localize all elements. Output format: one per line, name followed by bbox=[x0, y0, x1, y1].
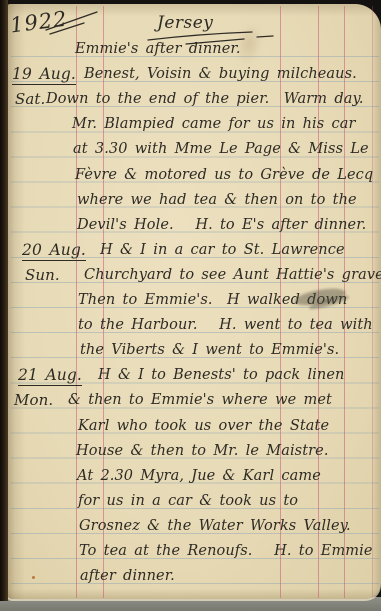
entry-day: Sat. bbox=[15, 89, 45, 109]
entry-date: 20 Aug. bbox=[22, 240, 86, 261]
diary-line: & then to Emmie's where we met bbox=[68, 390, 332, 410]
diary-line: Down to the end of the pier. Warm day. bbox=[46, 89, 364, 109]
diary-line: for us in a car & took us to bbox=[78, 491, 298, 511]
diary-line: H & I in a car to St. Lawrence bbox=[100, 240, 345, 260]
diary-line: after dinner. bbox=[80, 566, 175, 586]
entry-day: Sun. bbox=[25, 265, 60, 285]
diary-line: At 2.30 Myra, Jue & Karl came bbox=[77, 466, 321, 486]
diary-line: To tea at the Renoufs. H. to Emmie bbox=[79, 541, 373, 561]
handwriting-layer: 1922 Jersey Emmie's after dinner.19 Aug.… bbox=[0, 0, 381, 611]
diary-line: to the Harbour. H. went to tea with bbox=[78, 315, 373, 335]
entry-date: 21 Aug. bbox=[18, 365, 82, 386]
diary-line: at 3.30 with Mme Le Page & Miss Le bbox=[73, 139, 369, 159]
diary-line: where we had tea & then on to the bbox=[77, 190, 357, 210]
location-heading: Jersey bbox=[157, 13, 213, 33]
diary-line: Mr. Blampied came for us in his car bbox=[72, 114, 356, 134]
diary-line: Karl who took us over the State bbox=[78, 416, 329, 436]
entry-day: Mon. bbox=[14, 390, 53, 410]
diary-line: H & I to Benests' to pack linen bbox=[98, 365, 344, 385]
diary-line: House & then to Mr. le Maistre. bbox=[76, 441, 329, 461]
diary-line: Benest, Voisin & buying milcheaus. bbox=[84, 64, 357, 84]
diary-line: Then to Emmie's. H walked down bbox=[78, 290, 347, 310]
diary-line: Devil's Hole. H. to E's after dinner. bbox=[77, 215, 366, 235]
diary-line: Churchyard to see Aunt Hattie's grave. bbox=[84, 265, 381, 285]
year-label: 1922 bbox=[9, 7, 69, 38]
diary-line: the Viberts & I went to Emmie's. bbox=[80, 340, 339, 360]
diary-line: Grosnez & the Water Works Valley. bbox=[79, 516, 351, 536]
entry-date: 19 Aug. bbox=[12, 64, 76, 85]
photo-backdrop: 1922 Jersey Emmie's after dinner.19 Aug.… bbox=[0, 0, 381, 611]
diary-line: Fèvre & motored us to Grève de Lecq bbox=[75, 165, 373, 185]
opening-note: Emmie's after dinner. bbox=[75, 39, 241, 59]
